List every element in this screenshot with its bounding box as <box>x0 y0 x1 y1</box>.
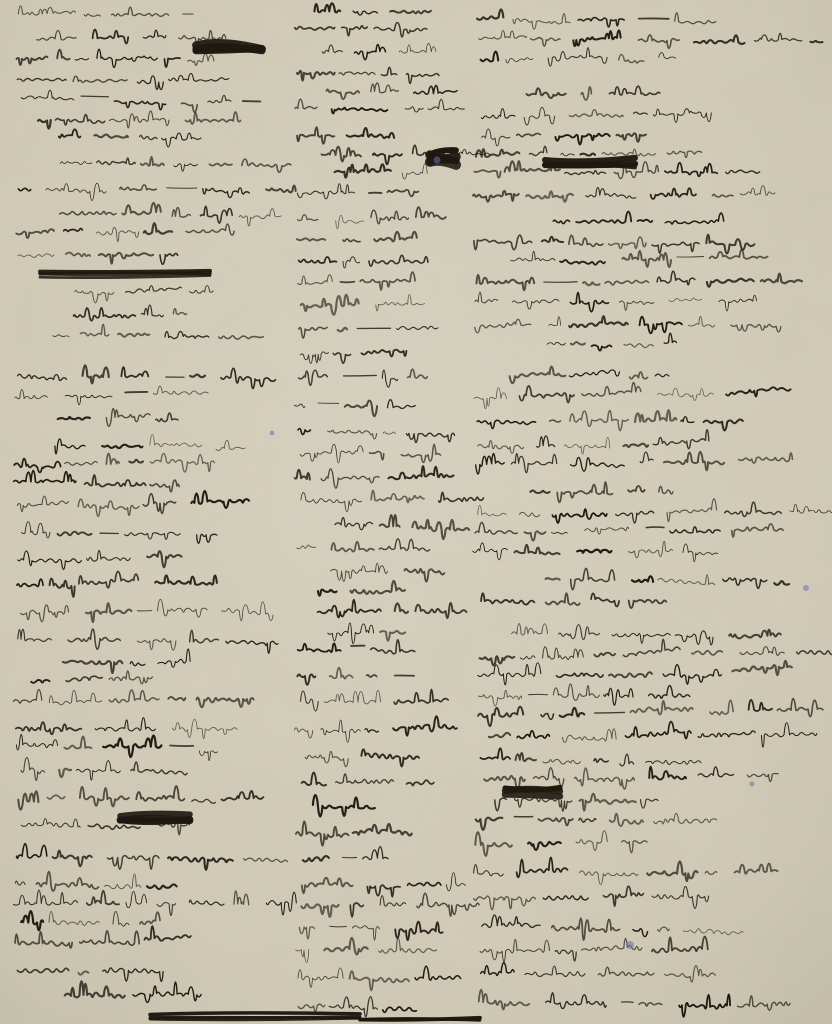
manuscript-canvas <box>0 0 832 1024</box>
manuscript-page <box>0 0 832 1024</box>
paper-grain <box>0 0 832 1024</box>
